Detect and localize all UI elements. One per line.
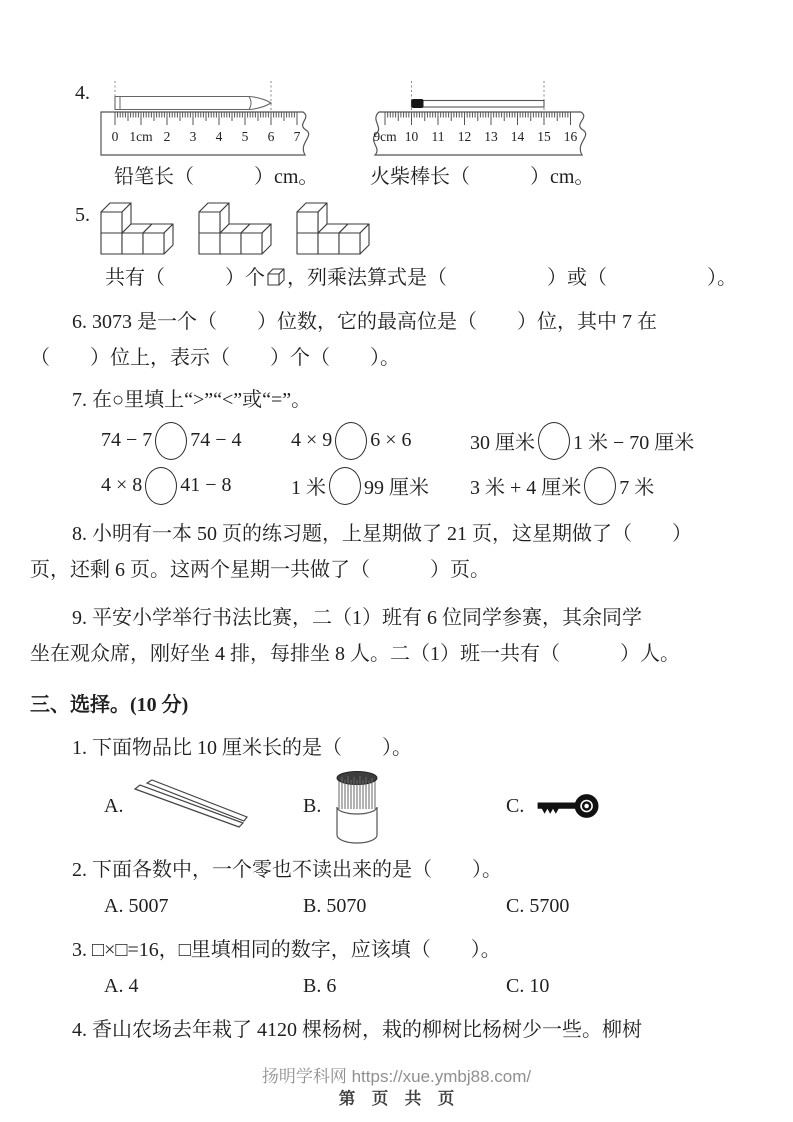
compare-circle-blank — [335, 422, 367, 460]
compare-item: 1 米99 厘米 — [291, 467, 470, 505]
compare-right: 74 − 4 — [190, 429, 241, 452]
small-cube-icon — [266, 267, 286, 287]
question-5-number: 5. — [75, 200, 99, 230]
compare-right: 7 米 — [619, 471, 654, 500]
ruler-tick-label: 6 — [268, 129, 275, 144]
compare-row: 4 × 841 − 8 1 米99 厘米 3 米 + 4 厘米7 米 — [30, 463, 755, 508]
s3-q1-choice-images: A. B. C. — [30, 766, 755, 846]
compare-circle-blank — [145, 467, 177, 505]
compare-right: 41 − 8 — [180, 474, 231, 497]
ruler-tick-label: 1cm — [129, 129, 153, 144]
compare-item: 3 米 + 4 厘米7 米 — [470, 467, 654, 505]
choice-c-label: C. — [506, 795, 524, 818]
pen-holder-icon — [329, 767, 385, 845]
compare-left: 1 米 — [291, 471, 326, 500]
compare-right: 99 厘米 — [364, 471, 429, 500]
choice-c: C. — [506, 788, 602, 824]
compare-left: 3 米 + 4 厘米 — [470, 471, 581, 500]
option-a: A. 5007 — [104, 888, 303, 924]
s3-question-2: 2. 下面各数中，一个零也不读出来的是（ ）。 — [30, 852, 755, 888]
compare-circle-blank — [329, 467, 361, 505]
compare-left: 30 厘米 — [470, 426, 535, 455]
compare-left: 4 × 9 — [291, 429, 332, 452]
ruler-tick-label: 4 — [216, 129, 223, 144]
s3-q3-options: A. 4 B. 6 C. 10 — [30, 968, 755, 1004]
compare-item: 74 − 774 − 4 — [101, 422, 291, 460]
compare-circle-blank — [155, 422, 187, 460]
ruler-tick-label: 5 — [242, 129, 249, 144]
choice-b: B. — [303, 767, 506, 845]
compare-right: 1 米 − 70 厘米 — [573, 426, 694, 455]
ruler-tick-label: 14 — [511, 129, 525, 144]
q5-caption-before: 共有（ ）个 — [105, 267, 265, 289]
ruler-tick-label: 2 — [164, 129, 171, 144]
s3-q2-options: A. 5007 B. 5070 C. 5700 — [30, 888, 755, 924]
compare-left: 74 − 7 — [101, 429, 152, 452]
choice-b-label: B. — [303, 795, 321, 818]
ruler-tick-label: 11 — [432, 129, 445, 144]
ruler-tick-label: 9cm — [373, 129, 397, 144]
ruler-tick-label: 16 — [564, 129, 578, 144]
cube-group-figure — [99, 200, 175, 258]
cube-group-figure — [197, 200, 273, 258]
page-footer: 扬明学科网 https://xue.ymbj88.com/ 第 页 共 页 — [0, 1066, 793, 1110]
s3-question-3: 3. □×□=16，□里填相同的数字，应该填（ ）。 — [30, 932, 755, 968]
s3-question-4: 4. 香山农场去年栽了 4120 棵杨树，栽的柳树比杨树少一些。柳树 — [30, 1012, 755, 1048]
matchstick-head — [412, 99, 424, 108]
section-3-header: 三、选择。(10 分) — [30, 686, 755, 724]
question-4-captions: 铅笔长（ ）cm。 火柴棒长（ ）cm。 — [114, 160, 755, 194]
question-8-line-2: 页，还剩 6 页。这两个星期一共做了（ ）页。 — [30, 552, 755, 588]
question-6-line-1: 6. 3073 是一个（ ）位数，它的最高位是（ ）位，其中 7 在 — [30, 304, 755, 340]
compare-row: 74 − 774 − 4 4 × 96 × 6 30 厘米1 米 − 70 厘米 — [30, 418, 755, 463]
question-4-number: 4. — [75, 78, 99, 108]
ruler-left-figure: 0 1cm 2 3 4 5 6 7 — [99, 78, 329, 158]
option-b: B. 6 — [303, 968, 506, 1004]
matchstick-length-blank: 火柴棒长（ ）cm。 — [370, 160, 594, 194]
choice-a: A. — [104, 779, 303, 833]
question-5-figures: 5. — [75, 200, 755, 258]
question-6-line-2: （ ）位上，表示（ ）个（ ）。 — [30, 340, 755, 376]
question-5-caption: 共有（ ）个，列乘法算式是（ ）或（ ）。 — [105, 258, 755, 298]
compare-circle-blank — [538, 422, 570, 460]
question-4-figures: 4. 0 1cm 2 3 4 5 6 7 9cm 10 — [75, 78, 755, 158]
compare-circle-blank — [584, 467, 616, 505]
pencil-length-blank: 铅笔长（ ）cm。 — [114, 160, 370, 194]
compare-right: 6 × 6 — [370, 429, 411, 452]
question-9-line-2: 坐在观众席，刚好坐 4 排，每排坐 8 人。二（1）班一共有（ ）人。 — [30, 636, 755, 672]
matchstick-shape — [412, 101, 545, 108]
question-7-header: 7. 在○里填上“>”“<”或“=”。 — [30, 382, 755, 418]
ruler-tick-label: 7 — [294, 129, 301, 144]
q5-caption-after: ，列乘法算式是（ ）或（ ）。 — [287, 267, 737, 289]
question-8-line-1: 8. 小明有一本 50 页的练习题，上星期做了 21 页，这星期做了（ ） — [30, 516, 755, 552]
watermark-site-link: 扬明学科网 https://xue.ymbj88.com/ — [0, 1066, 793, 1088]
compare-item: 30 厘米1 米 − 70 厘米 — [470, 422, 694, 460]
ruler-tick-label: 12 — [458, 129, 472, 144]
page-number-line: 第 页 共 页 — [0, 1088, 793, 1110]
option-c: C. 10 — [506, 968, 549, 1004]
compare-item: 4 × 96 × 6 — [291, 422, 470, 460]
ruler-tick-label: 0 — [112, 129, 119, 144]
option-b: B. 5070 — [303, 888, 506, 924]
exam-page: 4. 0 1cm 2 3 4 5 6 7 9cm 10 — [0, 0, 793, 1048]
s3-question-1: 1. 下面物品比 10 厘米长的是（ ）。 — [30, 730, 755, 766]
option-a: A. 4 — [104, 968, 303, 1004]
ruler-tick-label: 10 — [405, 129, 419, 144]
ruler-tick-label: 3 — [190, 129, 197, 144]
chopsticks-icon — [131, 779, 259, 833]
question-9-line-1: 9. 平安小学举行书法比赛，二（1）班有 6 位同学参赛，其余同学 — [30, 600, 755, 636]
ruler-tick-label: 13 — [484, 129, 498, 144]
choice-a-label: A. — [104, 795, 123, 818]
key-icon — [532, 788, 602, 824]
compare-left: 4 × 8 — [101, 474, 142, 497]
option-c: C. 5700 — [506, 888, 569, 924]
pencil-shape — [115, 97, 271, 110]
compare-item: 4 × 841 − 8 — [101, 467, 291, 505]
cube-group-figure — [295, 200, 371, 258]
ruler-tick-label: 15 — [537, 129, 551, 144]
ruler-right-figure: 9cm 10 11 12 13 14 15 16 — [365, 78, 600, 158]
